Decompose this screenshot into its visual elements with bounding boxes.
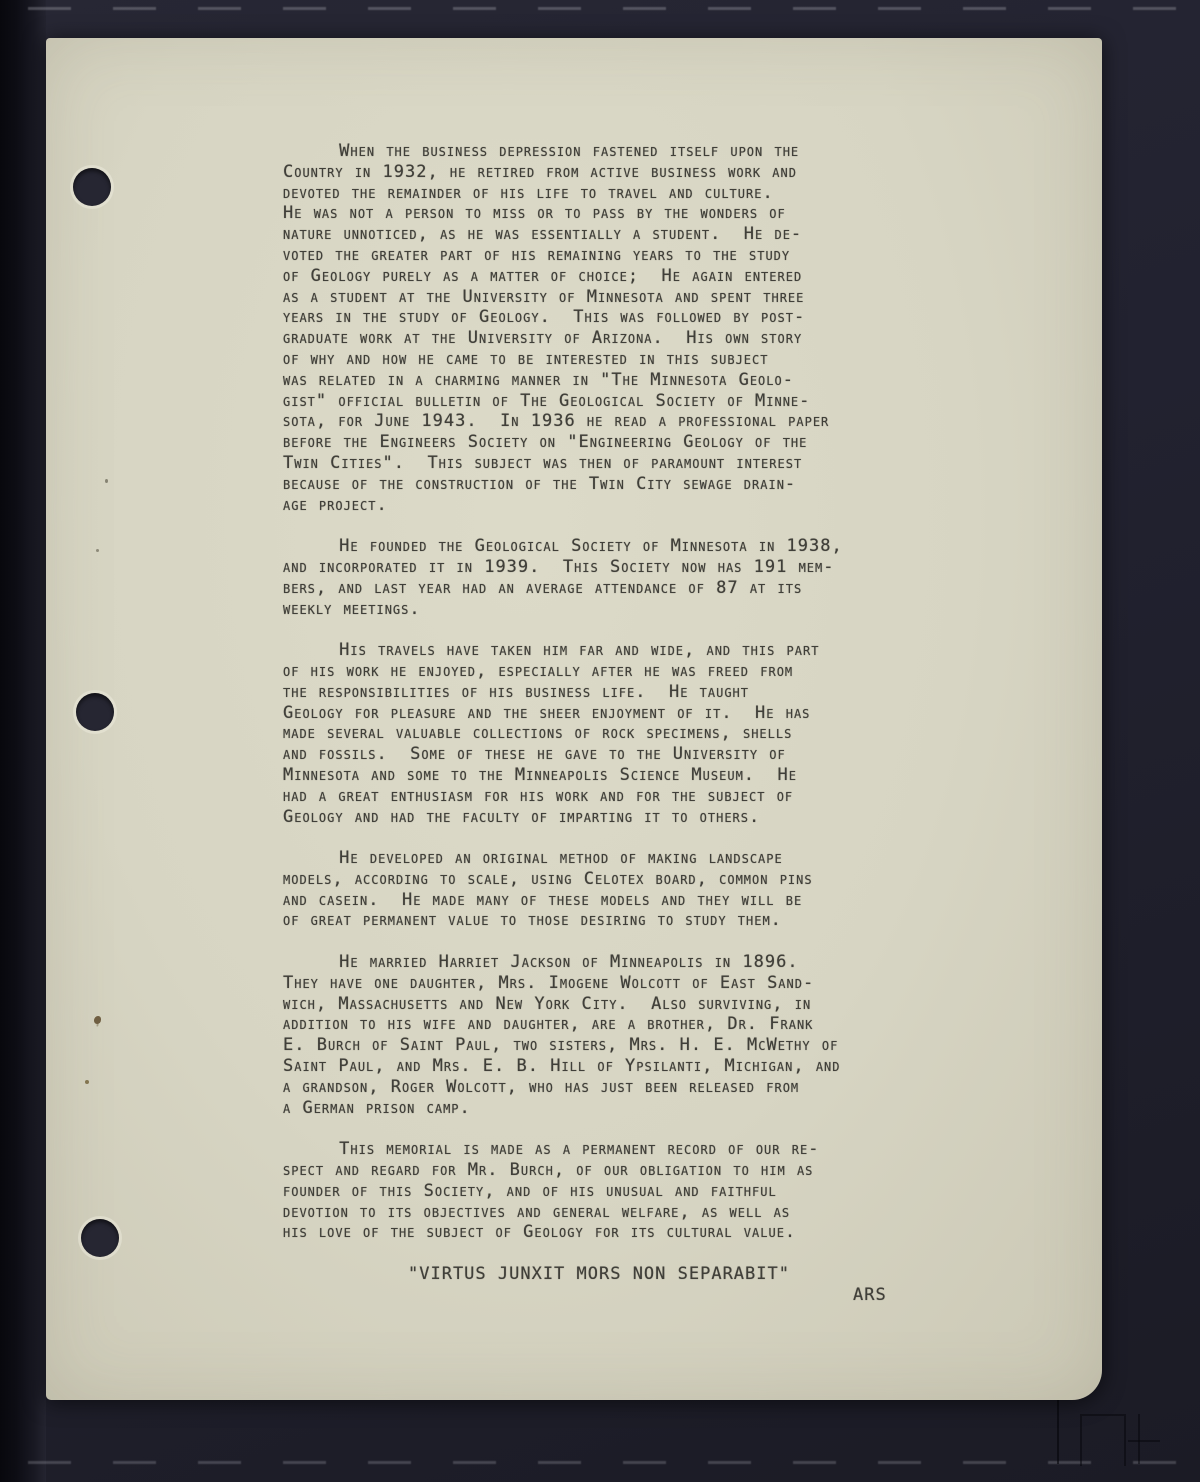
text-line: of Geology purely as a matter of choice;… [283,266,963,287]
text-line: years in the study of Geology. This was … [283,307,963,328]
paragraph: He founded the Geological Society of Min… [283,536,963,619]
text-line: devoted the remainder of his life to tra… [283,183,963,204]
paper-speck [85,1080,89,1084]
paragraph: When the business depression fastened it… [283,141,963,515]
text-line: sota, for June 1943. In 1936 he read a p… [283,411,963,432]
paragraph-container: When the business depression fastened it… [283,141,963,1243]
text-line: age project. [283,495,963,516]
text-line: of why and how he came to be interested … [283,349,963,370]
punch-hole-top [73,168,111,206]
document-page: When the business depression fastened it… [46,38,1102,1400]
text-line: before the Engineers Society on "Enginee… [283,432,963,453]
text-line: founder of this Society, and of his unus… [283,1181,963,1202]
paragraph: He developed an original method of makin… [283,848,963,931]
text-line: His travels have taken him far and wide,… [283,640,963,661]
text-line: models, according to scale, using Celote… [283,869,963,890]
text-line: E. Burch of Saint Paul, two sisters, Mrs… [283,1035,963,1056]
text-line: and fossils. Some of these he gave to th… [283,744,963,765]
paper-speck [94,1016,101,1024]
motto-line: "VIRTUS JUNXIT MORS NON SEPARABIT" [408,1264,963,1285]
text-line: and casein. He made many of these models… [283,890,963,911]
text-line: of his work he enjoyed, especially after… [283,661,963,682]
text-line: Twin Cities". This subject was then of p… [283,453,963,474]
text-line: because of the construction of the Twin … [283,474,963,495]
text-line: a grandson, Roger Wolcott, who has just … [283,1077,963,1098]
paper-speck [105,479,108,483]
text-line: bers, and last year had an average atten… [283,578,963,599]
text-line: He was not a person to miss or to pass b… [283,203,963,224]
text-line: addition to his wife and daughter, are a… [283,1014,963,1035]
text-line: Saint Paul, and Mrs. E. B. Hill of Ypsil… [283,1056,963,1077]
text-line: nature unnoticed, as he was essentially … [283,224,963,245]
text-line: voted the greater part of his remaining … [283,245,963,266]
text-line: Minnesota and some to the Minneapolis Sc… [283,765,963,786]
text-line: weekly meetings. [283,599,963,620]
film-marks-top [28,7,1200,10]
text-line: the responsibilities of his business lif… [283,682,963,703]
text-line: This memorial is made as a permanent rec… [283,1139,963,1160]
text-line: spect and regard for Mr. Burch, of our o… [283,1160,963,1181]
punch-hole-middle [76,693,114,731]
text-line: wich, Massachusetts and New York City. A… [283,994,963,1015]
text-line: Geology for pleasure and the sheer enjoy… [283,703,963,724]
binder-spine [0,0,46,1482]
punch-hole-bottom [81,1219,119,1257]
text-line: made several valuable collections of roc… [283,723,963,744]
text-line: gist" official bulletin of The Geologica… [283,391,963,412]
paper-speck [96,549,99,552]
text-line: He founded the Geological Society of Min… [283,536,963,557]
text-line: and incorporated it in 1939. This Societ… [283,557,963,578]
paragraph: His travels have taken him far and wide,… [283,640,963,827]
paragraph: This memorial is made as a permanent rec… [283,1139,963,1243]
text-line: was related in a charming manner in "The… [283,370,963,391]
text-line: of great permanent value to those desiri… [283,910,963,931]
text-line: Geology and had the faculty of imparting… [283,807,963,828]
signature-initials: ARS [853,1285,963,1306]
text-line: He married Harriet Jackson of Minneapoli… [283,952,963,973]
text-line: When the business depression fastened it… [283,141,963,162]
text-line: He developed an original method of makin… [283,848,963,869]
text-line: Country in 1932, he retired from active … [283,162,963,183]
text-line: as a student at the University of Minnes… [283,287,963,308]
text-line: had a great enthusiasm for his work and … [283,786,963,807]
text-body: When the business depression fastened it… [283,141,963,1306]
text-line: devotion to its objectives and general w… [283,1202,963,1223]
film-marks-bottom [28,1461,1200,1464]
text-line: graduate work at the University of Arizo… [283,328,963,349]
paragraph: He married Harriet Jackson of Minneapoli… [283,952,963,1118]
text-line: They have one daughter, Mrs. Imogene Wol… [283,973,963,994]
text-line: his love of the subject of Geology for i… [283,1222,963,1243]
text-line: a German prison camp. [283,1098,963,1119]
